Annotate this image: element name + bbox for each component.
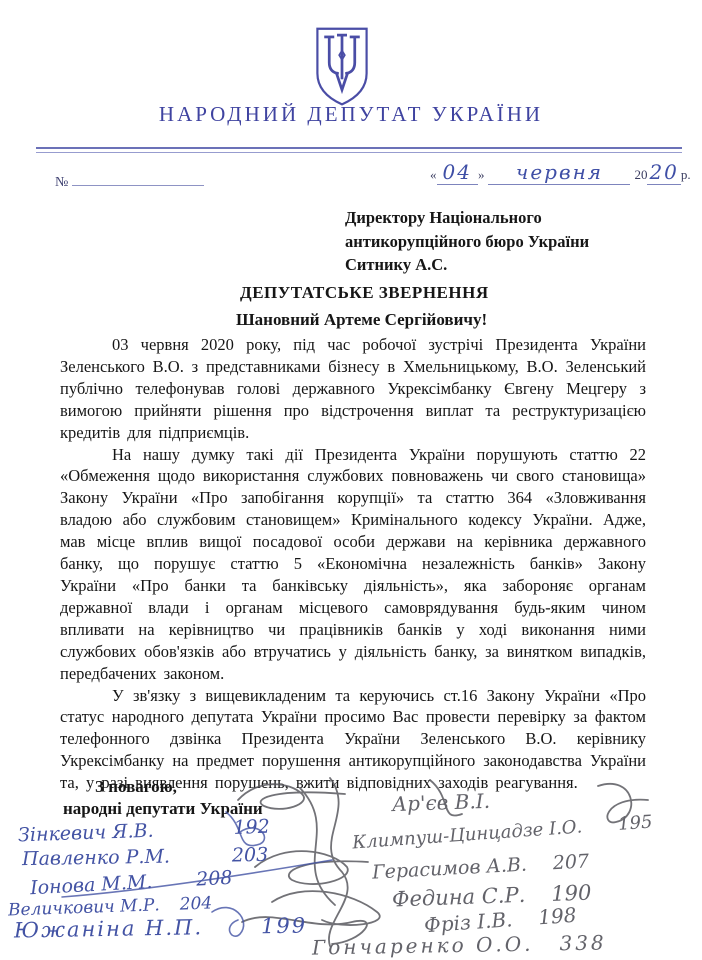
- reference-number-line: №: [55, 172, 204, 191]
- signer-number: 208: [196, 867, 233, 891]
- reference-number-blank: [72, 172, 204, 186]
- signer-number: 203: [232, 844, 269, 867]
- signer-number: 338: [559, 930, 607, 955]
- signer-name: Герасимов А.В.: [372, 854, 528, 884]
- signer-number: 207: [552, 850, 589, 874]
- paragraph-1: 03 червня 2020 року, під час робочої зус…: [60, 334, 646, 444]
- deputy-appeal-letter: НАРОДНИЙ ДЕПУТАТ УКРАЇНИ № «04» червня 2…: [0, 0, 702, 960]
- letter-body: 03 червня 2020 року, під час робочої зус…: [60, 334, 646, 794]
- signer-number: 198: [537, 903, 577, 930]
- addressee-line: Ситнику А.С.: [345, 253, 589, 277]
- date-line: «04» червня 2020р.: [430, 160, 691, 185]
- signer-number: 199: [261, 913, 308, 938]
- year-suffix: р.: [681, 167, 691, 182]
- signer-number: 204: [179, 893, 212, 914]
- signer-number: 195: [617, 812, 653, 835]
- salutation: Шановний Артеме Сергійовичу!: [236, 310, 487, 330]
- date-day-handwritten: 04: [437, 160, 478, 185]
- date-month-handwritten: червня: [488, 160, 630, 185]
- ukraine-trident-shield-icon: [302, 26, 382, 108]
- signature-entry: Зінкевич Я.В.192: [18, 816, 270, 847]
- addressee-line: Директору Національного: [345, 206, 589, 230]
- signature-entry: Климпуш-Цинцадзе І.О.195: [352, 812, 654, 854]
- paragraph-2: На нашу думку такі дії Президента Україн…: [60, 444, 646, 685]
- signature-entry: Южаніна Н.П.199: [14, 913, 307, 942]
- signer-number: 192: [233, 816, 270, 839]
- signer-name: Южаніна Н.П.: [14, 915, 203, 942]
- date-year-handwritten: 20: [647, 160, 680, 185]
- closing-regards: З повагою,: [63, 776, 263, 798]
- signer-name: Ар'єв В.І.: [392, 789, 491, 816]
- signer-name: Павленко Р.М.: [22, 846, 170, 871]
- signer-name: Іонова М.М.: [30, 871, 153, 899]
- closing-block: З повагою, народні депутати України: [63, 776, 263, 820]
- document-title: ДЕПУТАТСЬКЕ ЗВЕРНЕННЯ: [240, 283, 489, 303]
- signature-entry: Гончаренко О.О.338: [312, 930, 607, 959]
- header-divider: [36, 147, 682, 153]
- signer-name: Гончаренко О.О.: [312, 932, 534, 960]
- signer-name: Климпуш-Цинцадзе І.О.: [352, 816, 583, 853]
- signature-entry: Герасимов А.В.207: [372, 850, 590, 883]
- addressee-line: антикорупційного бюро України: [345, 230, 589, 254]
- year-prefix: 20: [634, 167, 647, 182]
- number-sign: №: [55, 175, 68, 190]
- org-title: НАРОДНИЙ ДЕПУТАТ УКРАЇНИ: [0, 102, 702, 127]
- quote-close: »: [478, 167, 485, 182]
- addressee-block: Директору Національного антикорупційного…: [345, 206, 589, 277]
- signer-name: Зінкевич Я.В.: [18, 820, 154, 847]
- signature-entry: Ар'єв В.І.: [392, 788, 517, 816]
